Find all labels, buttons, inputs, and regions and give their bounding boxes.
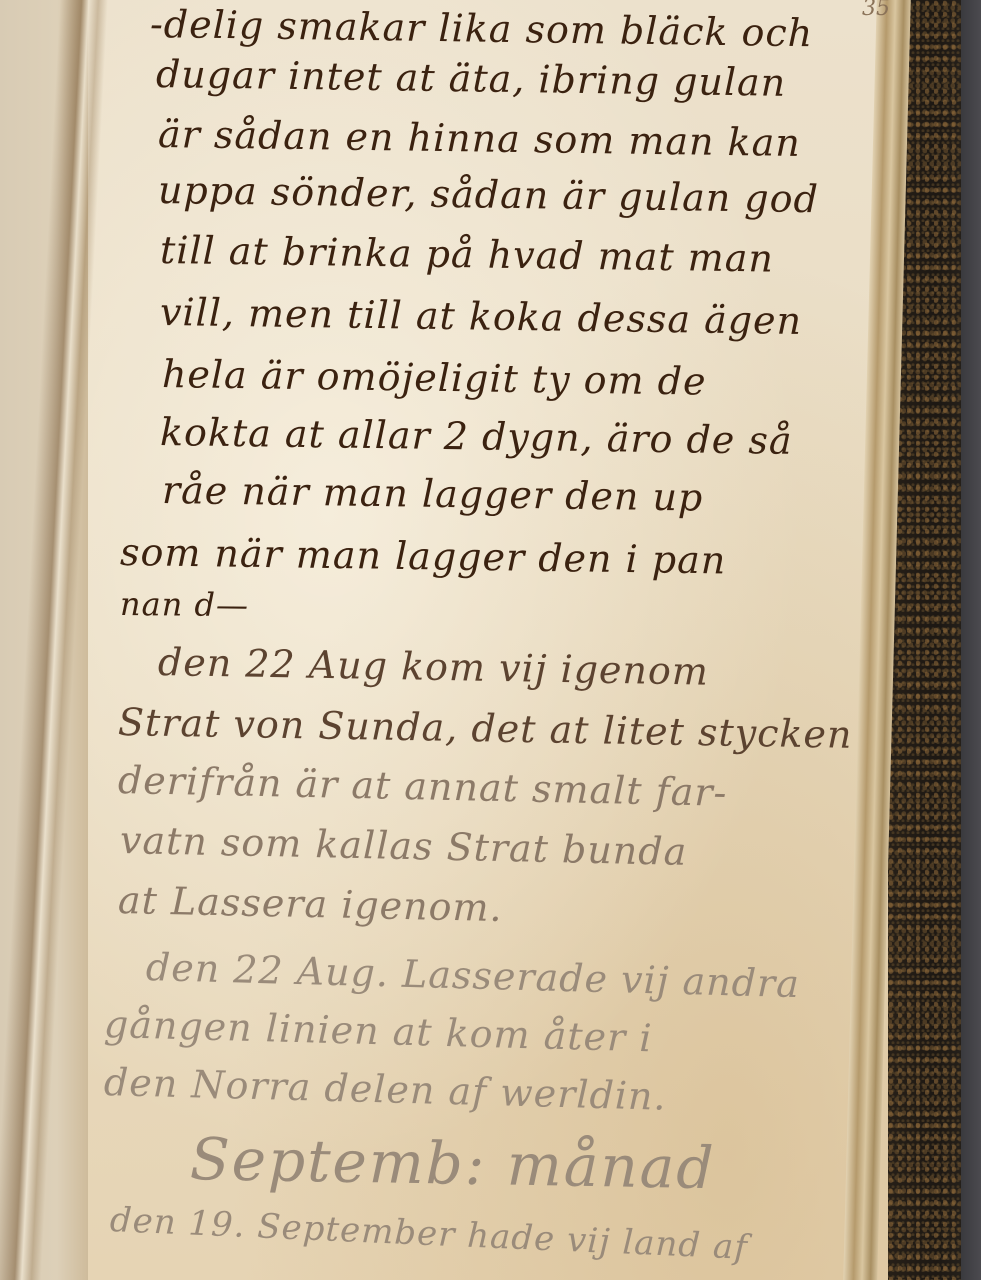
manuscript-line: uppa sönder, sådan är gulan god bbox=[158, 168, 820, 221]
manuscript-line: -delig smakar lika som bläck och bbox=[150, 2, 814, 55]
background-surface bbox=[961, 0, 981, 1280]
manuscript-line: nan d— bbox=[120, 585, 249, 624]
page-number: 35 bbox=[862, 0, 890, 21]
month-heading: Septemb: månad bbox=[189, 1125, 716, 1202]
manuscript-line: som när man lagger den i pan bbox=[120, 530, 727, 582]
manuscript-line: kokta at allar 2 dygn, äro de så bbox=[160, 410, 793, 463]
manuscript-photo: 35 -delig smakar lika som bläck och duga… bbox=[0, 0, 981, 1280]
manuscript-line: dugar intet at äta, ibring gulan bbox=[156, 52, 787, 105]
manuscript-line: at Lassera igenom. bbox=[118, 878, 504, 930]
manuscript-line: är sådan en hinna som man kan bbox=[158, 112, 801, 165]
manuscript-line: vill, men till at koka dessa ägen bbox=[160, 290, 803, 343]
manuscript-line: till at brinka på hvad mat man bbox=[160, 228, 775, 281]
manuscript-line: hela är omöjeligit ty om de bbox=[162, 352, 707, 404]
manuscript-line: råe när man lagger den up bbox=[162, 468, 704, 520]
